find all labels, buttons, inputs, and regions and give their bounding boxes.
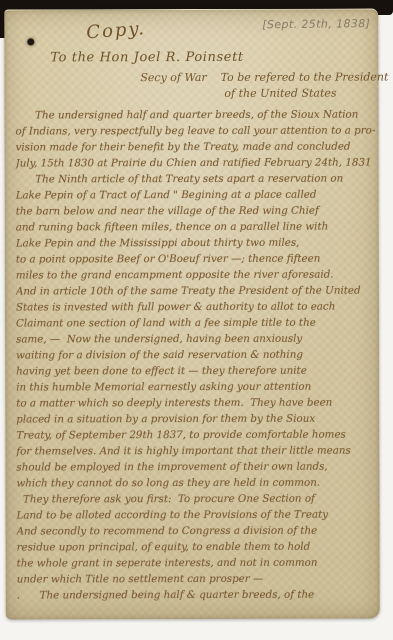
manuscript-line: to a matter which so deeply interests th… bbox=[16, 395, 376, 412]
manuscript-line: waiting for a division of the said reser… bbox=[16, 347, 376, 364]
manuscript-line: the barn below and near the village of t… bbox=[16, 203, 376, 220]
manuscript-line: And secondly to recommend to Congress a … bbox=[17, 523, 377, 540]
manuscript-line: Land to be alloted according to the Prov… bbox=[17, 507, 377, 524]
manuscript-line: The Ninth article of that Treaty sets ap… bbox=[16, 171, 376, 188]
manuscript-line: which they cannot do so long as they are… bbox=[16, 475, 376, 492]
manuscript-line: placed in a situation by a provision for… bbox=[16, 411, 376, 428]
manuscript-line: vision made for their benefit by the Tre… bbox=[16, 139, 376, 156]
hole-punch-mark bbox=[27, 38, 34, 45]
archival-date-annotation: [Sept. 25th, 1838] bbox=[262, 17, 370, 31]
manuscript-line: Lake Pepin of a Tract of Land " Begining… bbox=[16, 187, 376, 204]
manuscript-line: same, — Now the undersigned, having been… bbox=[16, 331, 376, 348]
manuscript-line: of Indians, very respectfully beg leave … bbox=[16, 123, 376, 140]
document-heading-copy: Copy. bbox=[86, 18, 147, 43]
manuscript-line: They therefore ask you first: To procure… bbox=[16, 491, 376, 508]
manuscript-line: And in article 10th of the same Treaty t… bbox=[16, 283, 376, 300]
manuscript-body: The undersigned half and quarter breeds,… bbox=[15, 107, 376, 615]
manuscript-paper: [Sept. 25th, 1838] Copy. To the Hon Joel… bbox=[4, 9, 380, 620]
manuscript-line: Claimant one section of land with a fee … bbox=[16, 315, 376, 332]
manuscript-line: for themselves. And it is highly importa… bbox=[16, 443, 376, 460]
manuscript-line: and runing back fifteen miles, thence on… bbox=[16, 219, 376, 236]
manuscript-line: Lake Pepin and the Mississippi about thi… bbox=[16, 235, 376, 252]
manuscript-line: having yet been done to effect it — they… bbox=[16, 363, 376, 380]
manuscript-line: the whole grant in seperate interests, a… bbox=[17, 555, 377, 572]
manuscript-line: to a point opposite Beef or O'Boeuf rive… bbox=[16, 251, 376, 268]
manuscript-line: . The undersigned being half & quarter b… bbox=[17, 587, 377, 604]
manuscript-line: Treaty, of September 29th 1837, to provi… bbox=[16, 427, 376, 444]
manuscript-line: under which Title no settlement can pros… bbox=[17, 571, 377, 588]
addressee-line: To the Hon Joel R. Poinsett bbox=[50, 50, 243, 66]
manuscript-line: in this humble Memorial earnestly asking… bbox=[16, 379, 376, 396]
manuscript-line: States is invested with full power & aut… bbox=[16, 299, 376, 316]
manuscript-line: The undersigned half and quarter breeds,… bbox=[15, 107, 375, 124]
manuscript-line: July, 15th 1830 at Prairie du Chien and … bbox=[16, 155, 376, 172]
secretary-of-war-referral-line: Secy of War To be refered to the Preside… bbox=[140, 70, 388, 84]
manuscript-line: miles to the grand encampment opposite t… bbox=[16, 267, 376, 284]
manuscript-line: residue upon principal, of equity, to en… bbox=[17, 539, 377, 556]
united-states-line: of the United States bbox=[224, 87, 336, 100]
manuscript-line: should be employed in the improvement of… bbox=[16, 459, 376, 476]
